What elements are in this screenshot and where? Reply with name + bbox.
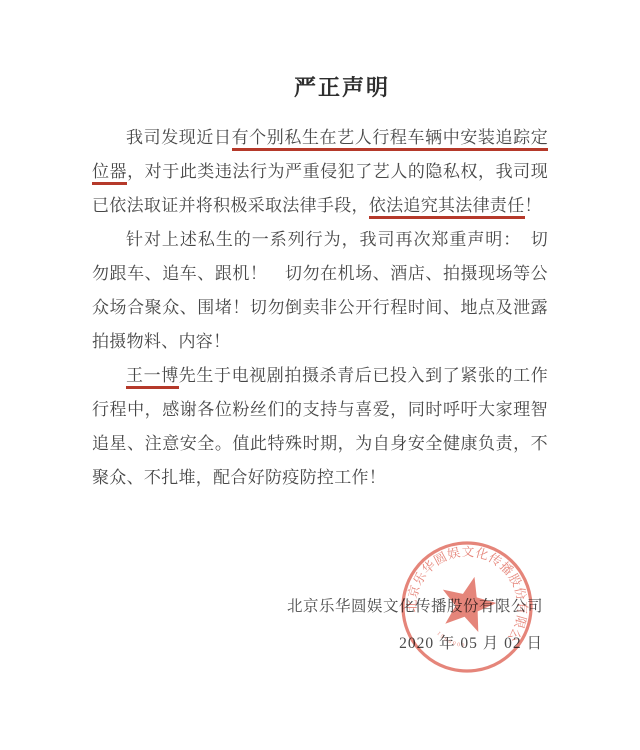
paragraph: 王一博先生于电视剧拍摄杀青后已投入到了紧张的工作行程中，感谢各位粉丝们的支持与喜…	[92, 359, 548, 495]
red-underlined-text: 王一博	[126, 366, 179, 389]
document-body: 我司发现近日有个别私生在艺人行程车辆中安装追踪定位器，对于此类违法行为严重侵犯了…	[92, 121, 548, 495]
red-underlined-text: 依法追究其法律责任	[369, 196, 525, 219]
signature-company: 北京乐华圆娱文化传播股份有限公司	[287, 594, 543, 616]
statement-document: 严正声明 我司发现近日有个别私生在艺人行程车辆中安装追踪定位器，对于此类违法行为…	[0, 0, 640, 750]
signature-date: 2020 年 05 月 02 日	[287, 631, 543, 653]
text-segment: 针对上述私生的一系列行为，我司再次郑重声明： 切勿跟车、追车、跟机！ 切勿在机场…	[92, 230, 548, 351]
text-segment: ！	[525, 196, 542, 215]
signature-block: 北京乐华圆娱文化传播股份有限公司 2020 年 05 月 02 日	[287, 594, 543, 653]
text-segment: 我司发现近日	[126, 128, 232, 147]
paragraph: 我司发现近日有个别私生在艺人行程车辆中安装追踪定位器，对于此类违法行为严重侵犯了…	[92, 121, 548, 223]
paragraph: 针对上述私生的一系列行为，我司再次郑重声明： 切勿跟车、追车、跟机！ 切勿在机场…	[92, 223, 548, 359]
document-title: 严正声明	[22, 71, 640, 102]
